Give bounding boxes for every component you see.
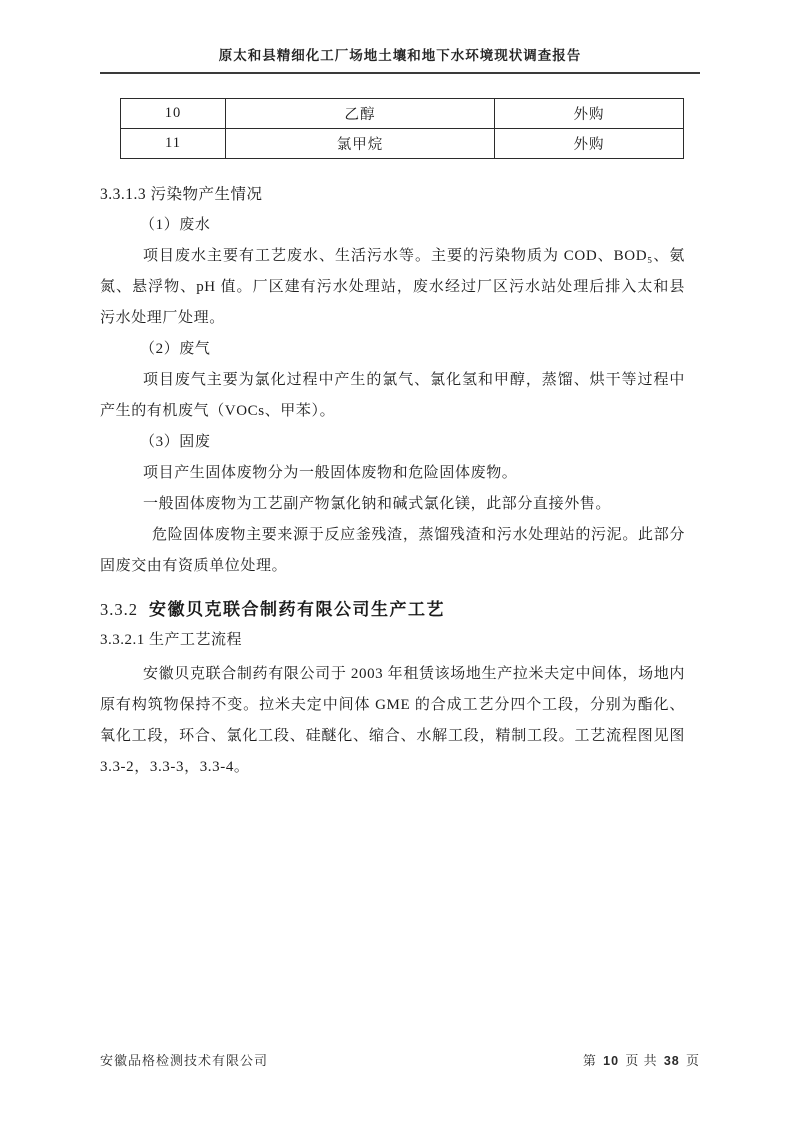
footer-page-info: 第 10 页 共 38 页	[583, 1050, 700, 1069]
footer-page-total: 38	[664, 1054, 680, 1068]
footer-page-mid: 页 共	[625, 1053, 657, 1068]
subheading-solid-waste: （3）固废	[100, 427, 685, 458]
para-waste-gas: 项目废气主要为氯化过程中产生的氯气、氯化氢和甲醇，蒸馏、烘干等过程中产生的有机废…	[100, 365, 685, 427]
cell-row-number: 10	[121, 99, 226, 129]
subheading-waste-gas: （2）废气	[100, 334, 685, 365]
para-production-process: 安徽贝克联合制药有限公司于 2003 年租赁该场地生产拉米夫定中间体，场地内原有…	[100, 659, 685, 783]
section-number: 3.3.2	[100, 600, 138, 619]
cell-material-source: 外购	[495, 129, 684, 159]
cell-row-number: 11	[121, 129, 226, 159]
page-header: 原太和县精细化工厂场地土壤和地下水环境现状调查报告	[100, 46, 700, 74]
section-heading-332: 3.3.2 安徽贝克联合制药有限公司生产工艺	[100, 598, 700, 622]
section-heading-3313: 3.3.1.3 污染物产生情况	[100, 179, 700, 210]
section-heading-3321: 3.3.2.1 生产工艺流程	[100, 625, 700, 656]
subheading-wastewater: （1）废水	[100, 210, 685, 241]
footer-page-suffix: 页	[686, 1053, 700, 1068]
para-solid-waste: 项目产生固体废物分为一般固体废物和危险固体废物。	[100, 458, 685, 489]
footer-page-prefix: 第	[583, 1053, 597, 1068]
para-wastewater: 项目废水主要有工艺废水、生活污水等。主要的污染物质为 COD、BOD₅、氨氮、悬…	[100, 241, 685, 334]
section-title: 安徽贝克联合制药有限公司生产工艺	[149, 600, 445, 619]
cell-material-name: 氯甲烷	[226, 129, 495, 159]
para-general-solid-waste: 一般固体废物为工艺副产物氯化钠和碱式氯化镁，此部分直接外售。	[100, 489, 685, 520]
materials-table: 10 乙醇 外购 11 氯甲烷 外购	[120, 98, 684, 159]
cell-material-source: 外购	[495, 99, 684, 129]
footer-page-number: 10	[603, 1054, 619, 1068]
para-hazardous-solid-waste: 危险固体废物主要来源于反应釜残渣，蒸馏残渣和污水处理站的污泥。此部分固废交由有资…	[100, 520, 685, 582]
table-row: 11 氯甲烷 外购	[121, 129, 684, 159]
table-row: 10 乙醇 外购	[121, 99, 684, 129]
page-footer: 安徽品格检测技术有限公司 第 10 页 共 38 页	[100, 1050, 700, 1069]
report-title: 原太和县精细化工厂场地土壤和地下水环境现状调查报告	[100, 46, 700, 72]
document-page: 原太和县精细化工厂场地土壤和地下水环境现状调查报告 10 乙醇 外购 11 氯甲…	[0, 0, 800, 1131]
footer-company: 安徽品格检测技术有限公司	[100, 1050, 268, 1069]
cell-material-name: 乙醇	[226, 99, 495, 129]
